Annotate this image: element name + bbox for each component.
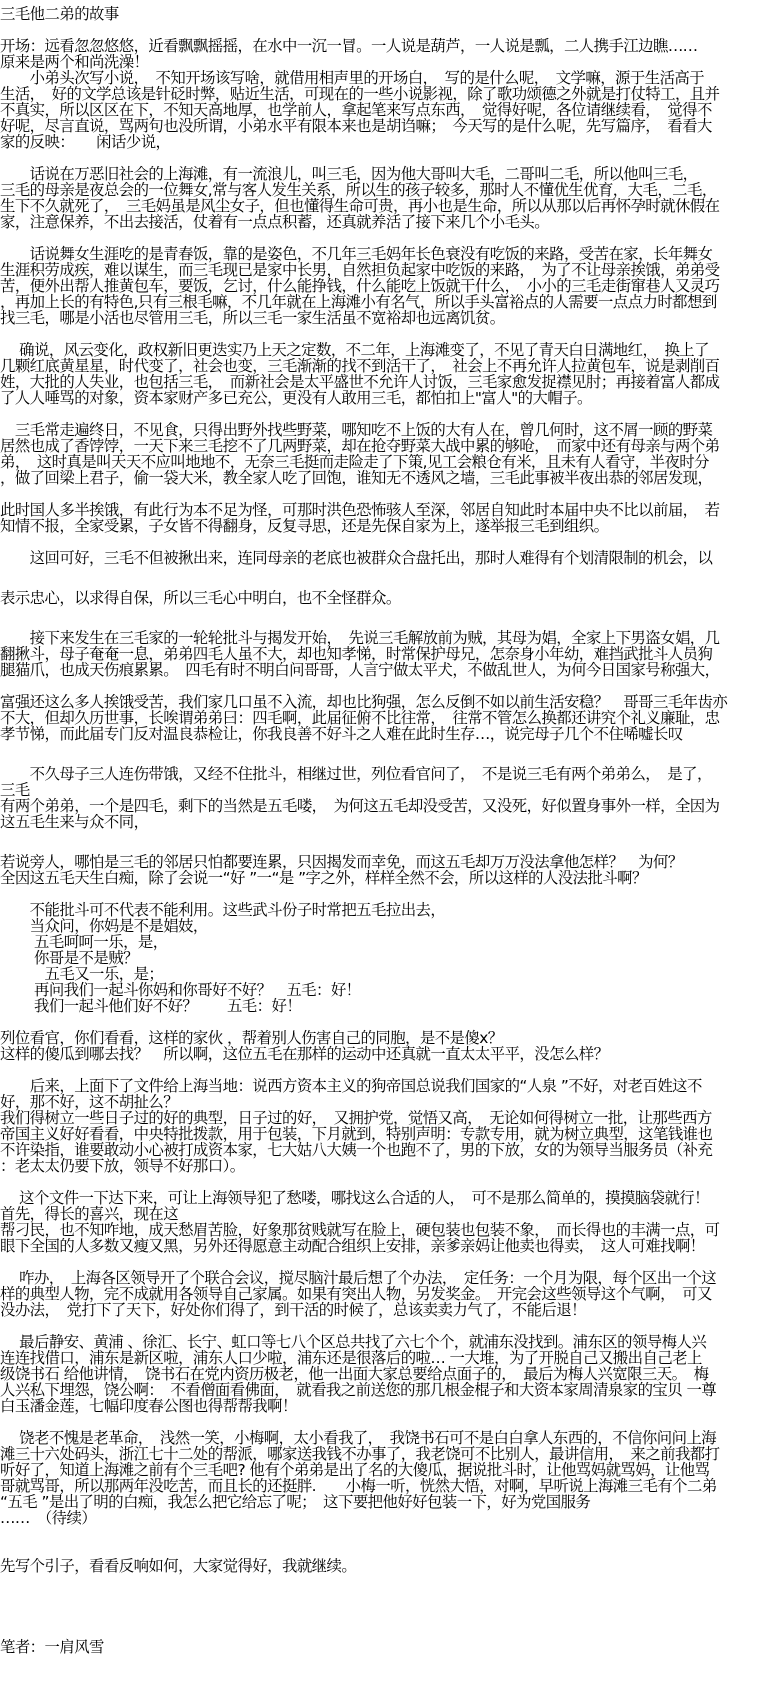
text-line: 全因这五毛天生白痴，除了会说一“好 ”一“是 ”字之外，样样全然不会，所以这样的… bbox=[0, 870, 647, 886]
text-line: 滩三十六处码头，浙江七十二处的帮派，哪家送我钱不办事了，我老饶可不比别人，最讲信… bbox=[0, 1446, 720, 1462]
text-line: 没办法， 党打下了天下，好处你们得了，到干活的时候了，总该卖卖力气了，不能后退！ bbox=[0, 1302, 586, 1318]
text-line: 再问我们一起斗你妈和你哥好不好？ 五毛：好！ bbox=[0, 982, 361, 998]
text-line: …… （待续） bbox=[0, 1510, 96, 1526]
text-line: 富强还这么多人挨饿受苦，我们家几口虽不入流，却也比狗强，怎么反倒不如以前生活安稳… bbox=[0, 694, 727, 710]
text-line: 最后静安、黄浦 、徐汇、长宁、虹口等七八个区总共找了六七个个，就浦东没找到。浦东… bbox=[0, 1334, 706, 1350]
text-line: 咋办， 上海各区领导开了个联合会议，搅尽脑汁最后想了个办法， 定任务：一个月为限… bbox=[0, 1270, 716, 1286]
text-line: 好呢，尽言直说，骂两句也没所谓，小弟水平有限本来也是胡诌嘛； 今天写的是什么呢，… bbox=[0, 118, 712, 134]
text-line: 我们得树立一些日子过的好的典型，日子过的好， 又拥护党，觉悟又高， 无论如何得树… bbox=[0, 1110, 712, 1126]
text-line: 这五毛生来与众不同， bbox=[0, 814, 148, 830]
text-line: 这样的傻瓜到哪去找？ 所以啊，这位五毛在那样的运动中还真就一直太太平平，没怎么样… bbox=[0, 1046, 608, 1062]
text-line: 这回可好，三毛不但被揪出来，连同母亲的老底也被群众合盘托出，那时人难得有个划清限… bbox=[0, 550, 712, 566]
text-line: 首先，得长的喜兴，现在这 bbox=[0, 1206, 178, 1222]
text-line: 找三毛，哪是小活也尽管用三毛，所以三毛一家生活虽不宽裕却也远离饥贫。 bbox=[0, 310, 505, 326]
text-line: 几颗红底黄星星，时代变了，社会也变，三毛渐渐的找不到活干了， 社会上不再允许人拉… bbox=[0, 358, 720, 374]
text-line: 帮刁民，也不知咋地，成天愁眉苦脸，好象那贫贱就写在脸上，硬包装也包装不象， 而长… bbox=[0, 1222, 720, 1238]
article-title: 三毛他二弟的故事 bbox=[0, 6, 119, 22]
text-line: ，再加上长的有特色,只有三根毛嘛，不几年就在上海滩小有名气，所以手头富裕点的人需… bbox=[0, 294, 717, 310]
text-line: 不大，但却久历世事，长唉谓弟弟曰：四毛啊，此届征俯不比往常， 往常不管怎么换都还… bbox=[0, 710, 720, 726]
text-line: ：老太太仍要下放，领导不好那口）。 bbox=[0, 1158, 245, 1174]
text-line: 表示忠心，以求得自保，所以三毛心中明白，也不全怪群众。 bbox=[0, 590, 401, 606]
text-line: ，做了回梁上君子，偷一袋大米，教全家人吃了回饱，谁知无不透风之墙，三毛此事被半夜… bbox=[0, 470, 712, 486]
text-line: 孝节悌，而此届专门反对温良恭检让，你我良善不好斗之人难在此时生存…，说完母子几个… bbox=[0, 726, 683, 742]
text-line: 级饶书石 给他讲情， 饶书石在党内资历极老，他一出面大家总要给点面子的， 最后为… bbox=[0, 1366, 708, 1382]
text-line: 连连找借口，浦东是新区啦，浦东人口少啦，浦东还是很落后的啦… 一大堆，为了开脱自… bbox=[0, 1350, 702, 1366]
text-line: 当众问，你妈是不是娼妓， bbox=[0, 918, 208, 934]
text-line: “五毛 ”是出了明的白痴，我怎么把它给忘了呢； 这下要把他好好包装一下，好为党国… bbox=[0, 1494, 590, 1510]
text-line: 这个文件一下达下来，可让上海领导犯了愁喽，哪找这么合适的人， 可不是那么简单的，… bbox=[0, 1190, 709, 1206]
text-line: 先写个引子，看看反响如何，大家觉得好，我就继续。 bbox=[0, 1558, 356, 1574]
text-line: 确说，风云变化，政权新旧更迭实乃上天之定数，不二年，上海滩变了，不见了青天白日满… bbox=[0, 342, 709, 358]
text-line: 列位看官，你们看看，这样的家伙 ，帮着别人伤害自己的同胞，是不是傻x？ bbox=[0, 1030, 503, 1046]
text-line: 生涯积劳成疾，难以谋生，而三毛现已是家中长男，自然担负起家中吃饭的来路， 为了不… bbox=[0, 262, 720, 278]
text-line: 五毛又一乐，是； bbox=[0, 966, 163, 982]
text-line: 家，注意保养，不出去接活，仗着有一点点积蓄，还真就养活了接下来几个小毛头。 bbox=[0, 214, 549, 230]
text-line: 三毛常走遍终日，不见食，只得出野外找些野菜，哪知吃不上饭的大有人在，曾几何时，这… bbox=[0, 422, 712, 438]
text-line: 姓，大批的人失业，也包括三毛， 而新社会是太平盛世不允许人讨饭，三毛家愈发捉襟见… bbox=[0, 374, 720, 390]
text-line: 家的反映： 闲话少说， bbox=[0, 134, 170, 150]
text-line: 不能批斗可不代表不能利用。这些武斗份子时常把五毛拉出去， bbox=[0, 902, 445, 918]
text-line: 翻揪斗，母子奄奄一息，弟弟四毛人虽不大，却也知孝悌，时常保护母兄，怎奈身小年幼，… bbox=[0, 646, 712, 662]
author-signature: 笔者：一肩风雪 bbox=[0, 1639, 104, 1655]
text-line: 眼下全国的人多数又瘦又黑，另外还得愿意主动配合组织上安排，亲爹亲妈让他卖也得卖，… bbox=[0, 1238, 705, 1254]
text-line: 三毛的母亲是夜总会的一位舞女,常与客人发生关系，所以生的孩子较多，那时人不懂优生… bbox=[0, 182, 717, 198]
text-line: 生活， 好的文学总该是针砭时弊，贴近生活，可现在的一些小说影视，除了歌功颂德之外… bbox=[0, 86, 720, 102]
text-line: 饶老不愧是老革命， 浅然一笑，小梅啊，太小看我了， 我饶书石可不是白白拿人东西的… bbox=[0, 1430, 716, 1446]
text-line: 人兴私下埋怨，饶公啊： 不看僧面看佛面， 就看我之前送您的那几根金棍子和大资本家… bbox=[0, 1382, 716, 1398]
text-line: 哥就骂哥，所以那两年没吃苦，而且长的还挺胖. 小梅一听，恍然大悟，对啊，早听说上… bbox=[0, 1478, 717, 1494]
text-line: 居然也成了香饽饽，一天下来三毛挖不了几两野菜，却在抢夺野菜大战中累的够呛， 而家… bbox=[0, 438, 720, 454]
text-line: 小弟头次写小说， 不知开场该写啥，就借用相声里的开场白， 写的是什么呢， 文学嘛… bbox=[0, 70, 704, 86]
text-line: 样的典型人物，完不成就用各领导自己家属。如果有突出人物，另发奖金。 开完会这些领… bbox=[0, 1286, 712, 1302]
text-line: 知情不报，全家受累，子女皆不得翻身，反复寻思，还是先保自家为上，遂举报三毛到组织… bbox=[0, 518, 608, 534]
text-line: 不许染指，谁要敢动小心被打成资本家，七大姑八大姨一个也跑不了，男的下放，女的为领… bbox=[0, 1142, 712, 1158]
text-line: 白玉潘金莲，七幅印度春公图也得帮帮我啊！ bbox=[0, 1398, 297, 1414]
text-line: 腿猫爪，也成天伤痕累累。 四毛有时不明白问哥哥，人言宁做太平犬，不做乱世人，为何… bbox=[0, 662, 720, 678]
text-line: 话说在万恶旧社会的上海滩，有一流浪儿，叫三毛，因为他大哥叫大毛，二哥叫二毛，所以… bbox=[0, 166, 698, 182]
text-line: 我们一起斗他们好不好？ 五毛：好！ bbox=[0, 998, 301, 1014]
text-line: 好，那不好，这不胡扯么？ bbox=[0, 1094, 178, 1110]
text-line: 弟， 这时真是叫天天不应叫地地不，无奈三毛挺而走险走了下策,见工会粮仓有米，且未… bbox=[0, 454, 709, 470]
text-line: 听好了，知道上海滩之前有个三毛吧? 他有个弟弟是出了名的大傻瓜，据说批斗时，让他… bbox=[0, 1462, 709, 1478]
text-line: 帝国主义好好看看，中央特批拨款，用于包装，下月就到，特别声明：专款专用，就为树立… bbox=[0, 1126, 712, 1142]
text-line: 五毛呵呵一乐，是， bbox=[0, 934, 168, 950]
text-line: 生下不久就死了， 三毛妈虽是风尘女子，但也懂得生命可贵，再小也是生命，所以从那以… bbox=[0, 198, 720, 214]
text-line: 若说旁人，哪怕是三毛的邻居只怕都要连累，只因揭发而幸免，而这五毛却万万没法拿他怎… bbox=[0, 854, 683, 870]
text-line: 接下来发生在三毛家的一轮轮批斗与揭发开始， 先说三毛解放前为贼，其母为娼，全家上… bbox=[0, 630, 720, 646]
text-line: 原来是两个和尚洗澡！ bbox=[0, 54, 148, 70]
text-line: 有两个弟弟，一个是四毛，剩下的当然是五毛喽， 为何这五毛却没受苦，又没死，好似置… bbox=[0, 798, 720, 814]
text-line: 三毛 bbox=[0, 782, 30, 798]
text-line: 此时国人多半挨饿，有此行为本不足为怪，可那时洪色恐怖骇人至深，邻居自知此时本届中… bbox=[0, 502, 720, 518]
text-line: 不真实，所以区区在下，不知天高地厚，也学前人，拿起笔来写点东西， 觉得好呢，各位… bbox=[0, 102, 712, 118]
text-line: 你哥是不是贼？ bbox=[0, 950, 138, 966]
text-line: 了人人唾骂的对象，资本家财产多已充公，更没有人敢用三毛，都怕扣上"富人"的大帽子… bbox=[0, 390, 592, 406]
text-line: 话说舞女生涯吃的是青春饭，靠的是姿色，不几年三毛妈年长色衰没有吃饭的来路，受苦在… bbox=[0, 246, 712, 262]
text-line: 苦，便外出帮人推黄包车，要饭，乞讨，什么能挣钱，什么能吃上饭就干什么， 小小的三… bbox=[0, 278, 720, 294]
text-line: 后来，上面下了文件给上海当地：说西方资本主义的狗帝国总说我们国家的“人泉 ”不好… bbox=[0, 1078, 702, 1094]
text-line: 开场：远看忽忽悠悠，近看飘飘摇摇，在水中一沉一冒。一人说是葫芦，一人说是瓢，二人… bbox=[0, 38, 698, 54]
text-line: 不久母子三人连伤带饿，又经不住批斗，相继过世，列位看官问了， 不是说三毛有两个弟… bbox=[0, 766, 712, 782]
